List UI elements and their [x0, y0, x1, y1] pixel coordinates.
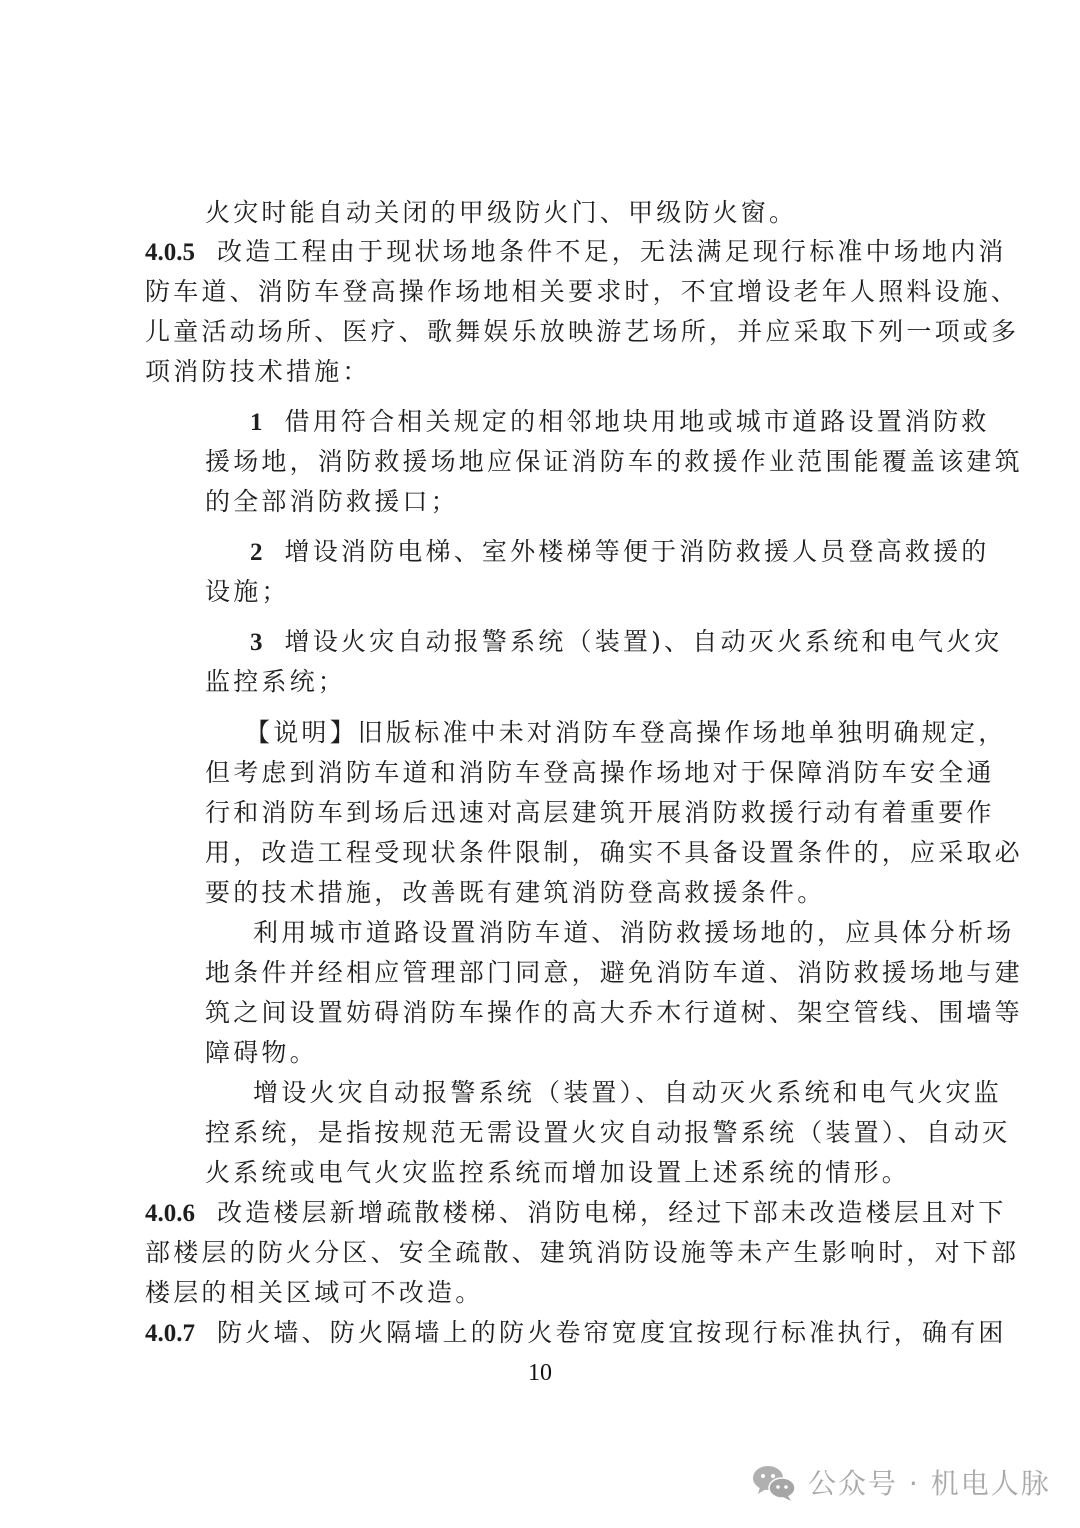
line-text: 防车道、消防车登高操作场地相关要求时，不宜增设老年人照料设施、	[145, 277, 1019, 306]
text-line: 火系统或电气火灾监控系统而增加设置上述系统的情形。	[205, 1158, 910, 1188]
watermark-text: 公众号 · 机电人脉	[808, 1462, 1051, 1502]
line-text: 行和消防车到场后迅速对高层建筑开展消防救援行动有着重要作	[205, 798, 995, 827]
clause-number: 4.0.6	[145, 1200, 195, 1227]
clause-number: 1	[250, 409, 263, 436]
line-text: 火灾时能自动关闭的甲级防火门、甲级防火窗。	[205, 198, 797, 227]
text-line: 增设火灾自动报警系统（装置）、自动灭火系统和电气火灾监	[253, 1078, 1002, 1108]
text-line: 利用城市道路设置消防车道、消防救援场地的，应具体分析场	[253, 918, 1014, 948]
wechat-icon	[752, 1463, 796, 1501]
clause-line: 4.0.5改造工程由于现状场地条件不足，无法满足现行标准中场地内消	[145, 237, 1007, 268]
text-line: 楼层的相关区域可不改造。	[145, 1278, 483, 1308]
line-text: 的全部消防救援口；	[205, 487, 459, 516]
clause-number: 3	[250, 629, 263, 656]
line-text: 增设火灾自动报警系统（装置)、自动灭火系统和电气火灾	[285, 627, 1003, 656]
clause-number: 2	[250, 539, 263, 566]
page-number: 10	[0, 1360, 1080, 1387]
line-text: 监控系统；	[205, 667, 346, 696]
line-text: 障碍物。	[205, 1038, 318, 1067]
line-text: 部楼层的防火分区、安全疏散、建筑消防设施等未产生影响时，对下部	[145, 1238, 1019, 1267]
text-line: 筑之间设置妨碍消防车操作的高大乔木行道树、架空管线、围墙等	[205, 998, 1023, 1028]
text-line: 的全部消防救援口；	[205, 487, 459, 517]
line-text: 楼层的相关区域可不改造。	[145, 1278, 483, 1307]
line-text: 防火墙、防火隔墙上的防火卷帘宽度宜按现行标准执行，确有困	[217, 1318, 1007, 1347]
line-text: 利用城市道路设置消防车道、消防救援场地的，应具体分析场	[253, 918, 1014, 947]
clause-line: 4.0.6改造楼层新增疏散楼梯、消防电梯，经过下部未改造楼层且对下	[145, 1198, 1007, 1229]
clause-number: 4.0.5	[145, 239, 195, 266]
text-line: 控系统，是指按规范无需设置火灾自动报警系统（装置）、自动灭	[205, 1118, 1010, 1148]
text-line: 但考虑到消防车道和消防车登高操作场地对于保障消防车安全通	[205, 758, 995, 788]
line-text: 用，改造工程受现状条件限制，确实不具备设置条件的，应采取必	[205, 838, 1023, 867]
text-line: 项消防技术措施：	[145, 357, 371, 387]
line-text: 火系统或电气火灾监控系统而增加设置上述系统的情形。	[205, 1158, 910, 1187]
line-text: 地条件并经相应管理部门同意，避免消防车道、消防救援场地与建	[205, 958, 1023, 987]
line-text: 筑之间设置妨碍消防车操作的高大乔木行道树、架空管线、围墙等	[205, 998, 1023, 1027]
line-text: 儿童活动场所、医疗、歌舞娱乐放映游艺场所，并应采取下列一项或多	[145, 317, 1019, 346]
line-text: 援场地，消防救援场地应保证消防车的救援作业范围能覆盖该建筑	[205, 447, 1023, 476]
text-line: 障碍物。	[205, 1038, 318, 1068]
text-line: 【说明】旧版标准中未对消防车登高操作场地单独明确规定，	[245, 718, 1006, 748]
text-line: 防车道、消防车登高操作场地相关要求时，不宜增设老年人照料设施、	[145, 277, 1019, 307]
line-text: 增设火灾自动报警系统（装置）、自动灭火系统和电气火灾监	[253, 1078, 1002, 1107]
clause-line: 4.0.7防火墙、防火隔墙上的防火卷帘宽度宜按现行标准执行，确有困	[145, 1318, 1007, 1349]
line-text: 改造工程由于现状场地条件不足，无法满足现行标准中场地内消	[217, 237, 1007, 266]
clause-line: 3增设火灾自动报警系统（装置)、自动灭火系统和电气火灾	[250, 627, 1002, 658]
text-line: 监控系统；	[205, 667, 346, 697]
text-line: 设施；	[205, 577, 290, 607]
document-page: 火灾时能自动关闭的甲级防火门、甲级防火窗。4.0.5改造工程由于现状场地条件不足…	[0, 0, 1080, 1528]
line-text: 要的技术措施，改善既有建筑消防登高救援条件。	[205, 878, 825, 907]
clause-line: 2增设消防电梯、室外楼梯等便于消防救援人员登高救援的	[250, 537, 990, 568]
line-text: 【说明】旧版标准中未对消防车登高操作场地单独明确规定，	[245, 718, 1006, 747]
line-text: 设施；	[205, 577, 290, 606]
clause-number: 4.0.7	[145, 1320, 195, 1347]
text-line: 地条件并经相应管理部门同意，避免消防车道、消防救援场地与建	[205, 958, 1023, 988]
line-text: 但考虑到消防车道和消防车登高操作场地对于保障消防车安全通	[205, 758, 995, 787]
text-line: 部楼层的防火分区、安全疏散、建筑消防设施等未产生影响时，对下部	[145, 1238, 1019, 1268]
clause-line: 1借用符合相关规定的相邻地块用地或城市道路设置消防救	[250, 407, 990, 438]
text-line: 儿童活动场所、医疗、歌舞娱乐放映游艺场所，并应采取下列一项或多	[145, 317, 1019, 347]
line-text: 项消防技术措施：	[145, 357, 371, 386]
line-text: 改造楼层新增疏散楼梯、消防电梯，经过下部未改造楼层且对下	[217, 1198, 1007, 1227]
line-text: 增设消防电梯、室外楼梯等便于消防救援人员登高救援的	[285, 537, 990, 566]
line-text: 控系统，是指按规范无需设置火灾自动报警系统（装置）、自动灭	[205, 1118, 1010, 1147]
text-line: 援场地，消防救援场地应保证消防车的救援作业范围能覆盖该建筑	[205, 447, 1023, 477]
text-line: 要的技术措施，改善既有建筑消防登高救援条件。	[205, 878, 825, 908]
line-text: 借用符合相关规定的相邻地块用地或城市道路设置消防救	[285, 407, 990, 436]
text-line: 用，改造工程受现状条件限制，确实不具备设置条件的，应采取必	[205, 838, 1023, 868]
watermark: 公众号 · 机电人脉	[752, 1462, 1051, 1502]
text-line: 火灾时能自动关闭的甲级防火门、甲级防火窗。	[205, 198, 797, 228]
text-line: 行和消防车到场后迅速对高层建筑开展消防救援行动有着重要作	[205, 798, 995, 828]
